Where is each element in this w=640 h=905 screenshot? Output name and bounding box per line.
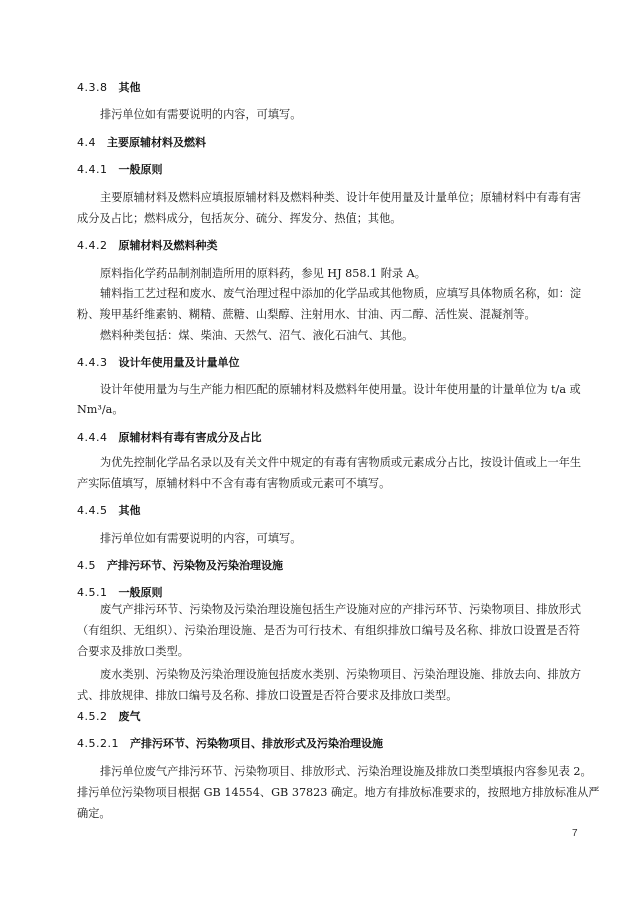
section-title: 废气 (119, 710, 141, 723)
paragraph-line: 产实际值填写，原辅材料中不含有毒有害物质或元素可不填写。 (77, 474, 580, 494)
paragraph-line: 辅料指工艺过程和废水、废气治理过程中添加的化学品或其他物质，应填写具体物质名称，… (100, 284, 580, 304)
paragraph-line: 排污单位如有需要说明的内容，可填写。 (100, 529, 580, 549)
section-title: 一般原则 (119, 586, 163, 599)
paragraph-line: 排污单位如有需要说明的内容，可填写。 (100, 105, 580, 125)
paragraph-line: Nm³/a。 (77, 400, 580, 420)
section-number: 4.4.3 (77, 353, 108, 373)
paragraph-line: 粉、羧甲基纤维素钠、糊精、蔗糖、山梨醇、注射用水、甘油、丙二醇、活性炭、混凝剂等… (77, 305, 580, 325)
section-number: 4.4.2 (77, 236, 108, 256)
section-number: 4.5.2 (77, 707, 108, 727)
section-number: 4.4 (77, 133, 96, 153)
paragraph-line: 确定。 (77, 804, 580, 824)
section-number: 4.5.2.1 (77, 734, 119, 754)
section-heading-4-4-3: 4.4.3设计年使用量及计量单位 (77, 353, 240, 373)
paragraph-line: 排污单位污染物项目根据 GB 14554、GB 37823 确定。地方有排放标准… (77, 783, 580, 803)
section-heading-4-4: 4.4主要原辅材料及燃料 (77, 133, 206, 153)
paragraph-line: 废水类别、污染物及污染治理设施包括废水类别、污染物项目、污染治理设施、排放去向、… (100, 665, 580, 685)
section-number: 4.4.4 (77, 428, 108, 448)
section-heading-4-4-5: 4.4.5其他 (77, 501, 141, 521)
section-title: 原辅材料及燃料种类 (119, 239, 218, 252)
section-heading-4-5: 4.5产排污环节、污染物及污染治理设施 (77, 556, 283, 576)
section-title: 原辅材料有毒有害成分及占比 (119, 431, 262, 444)
section-title: 产排污环节、污染物项目、排放形式及污染治理设施 (130, 737, 383, 750)
section-number: 4.4.5 (77, 501, 108, 521)
section-number: 4.3.8 (77, 78, 108, 98)
section-heading-4-4-4: 4.4.4原辅材料有毒有害成分及占比 (77, 428, 262, 448)
section-heading-4-4-1: 4.4.1一般原则 (77, 160, 163, 180)
section-title: 产排污环节、污染物及污染治理设施 (107, 559, 283, 572)
paragraph-line: 排污单位废气产排污环节、污染物项目、排放形式、污染治理设施及排放口类型填报内容参… (100, 762, 580, 782)
paragraph-line: 废气产排污环节、污染物及污染治理设施包括生产设施对应的产排污环节、污染物项目、排… (100, 600, 580, 620)
section-number: 4.4.1 (77, 160, 108, 180)
paragraph-line: 主要原辅材料及燃料应填报原辅材料及燃料种类、设计年使用量及计量单位；原辅材料中有… (100, 188, 580, 208)
section-heading-4-3-8: 4.3.8其他 (77, 78, 141, 98)
section-heading-4-5-2-1: 4.5.2.1产排污环节、污染物项目、排放形式及污染治理设施 (77, 734, 383, 754)
section-title: 设计年使用量及计量单位 (119, 356, 240, 369)
section-heading-4-4-2: 4.4.2原辅材料及燃料种类 (77, 236, 218, 256)
document-page: 4.3.8其他 排污单位如有需要说明的内容，可填写。 4.4主要原辅材料及燃料 … (0, 0, 640, 905)
section-title: 其他 (119, 504, 141, 517)
page-number: 7 (572, 828, 578, 839)
paragraph-line: 成分及占比；燃料成分，包括灰分、硫分、挥发分、热值；其他。 (77, 209, 580, 229)
section-number: 4.5 (77, 556, 96, 576)
section-title: 一般原则 (119, 163, 163, 176)
section-heading-4-5-2: 4.5.2废气 (77, 707, 141, 727)
paragraph-line: 燃料种类包括：煤、柴油、天然气、沼气、液化石油气、其他。 (100, 326, 580, 346)
paragraph-line: （有组织、无组织）、污染治理设施、是否为可行技术、有组织排放口编号及名称、排放口… (77, 621, 580, 641)
paragraph-line: 式、排放规律、排放口编号及名称、排放口设置是否符合要求及排放口类型。 (77, 686, 580, 706)
paragraph-line: 为优先控制化学品名录以及有关文件中规定的有毒有害物质或元素成分占比，按设计值或上… (100, 453, 580, 473)
paragraph-line: 设计年使用量为与生产能力相匹配的原辅材料及燃料年使用量。设计年使用量的计量单位为… (100, 380, 580, 400)
paragraph-line: 原料指化学药品制剂制造所用的原料药，参见 HJ 858.1 附录 A。 (100, 264, 580, 284)
section-title: 其他 (119, 81, 141, 94)
paragraph-line: 合要求及排放口类型。 (77, 642, 580, 662)
section-title: 主要原辅材料及燃料 (107, 136, 206, 149)
